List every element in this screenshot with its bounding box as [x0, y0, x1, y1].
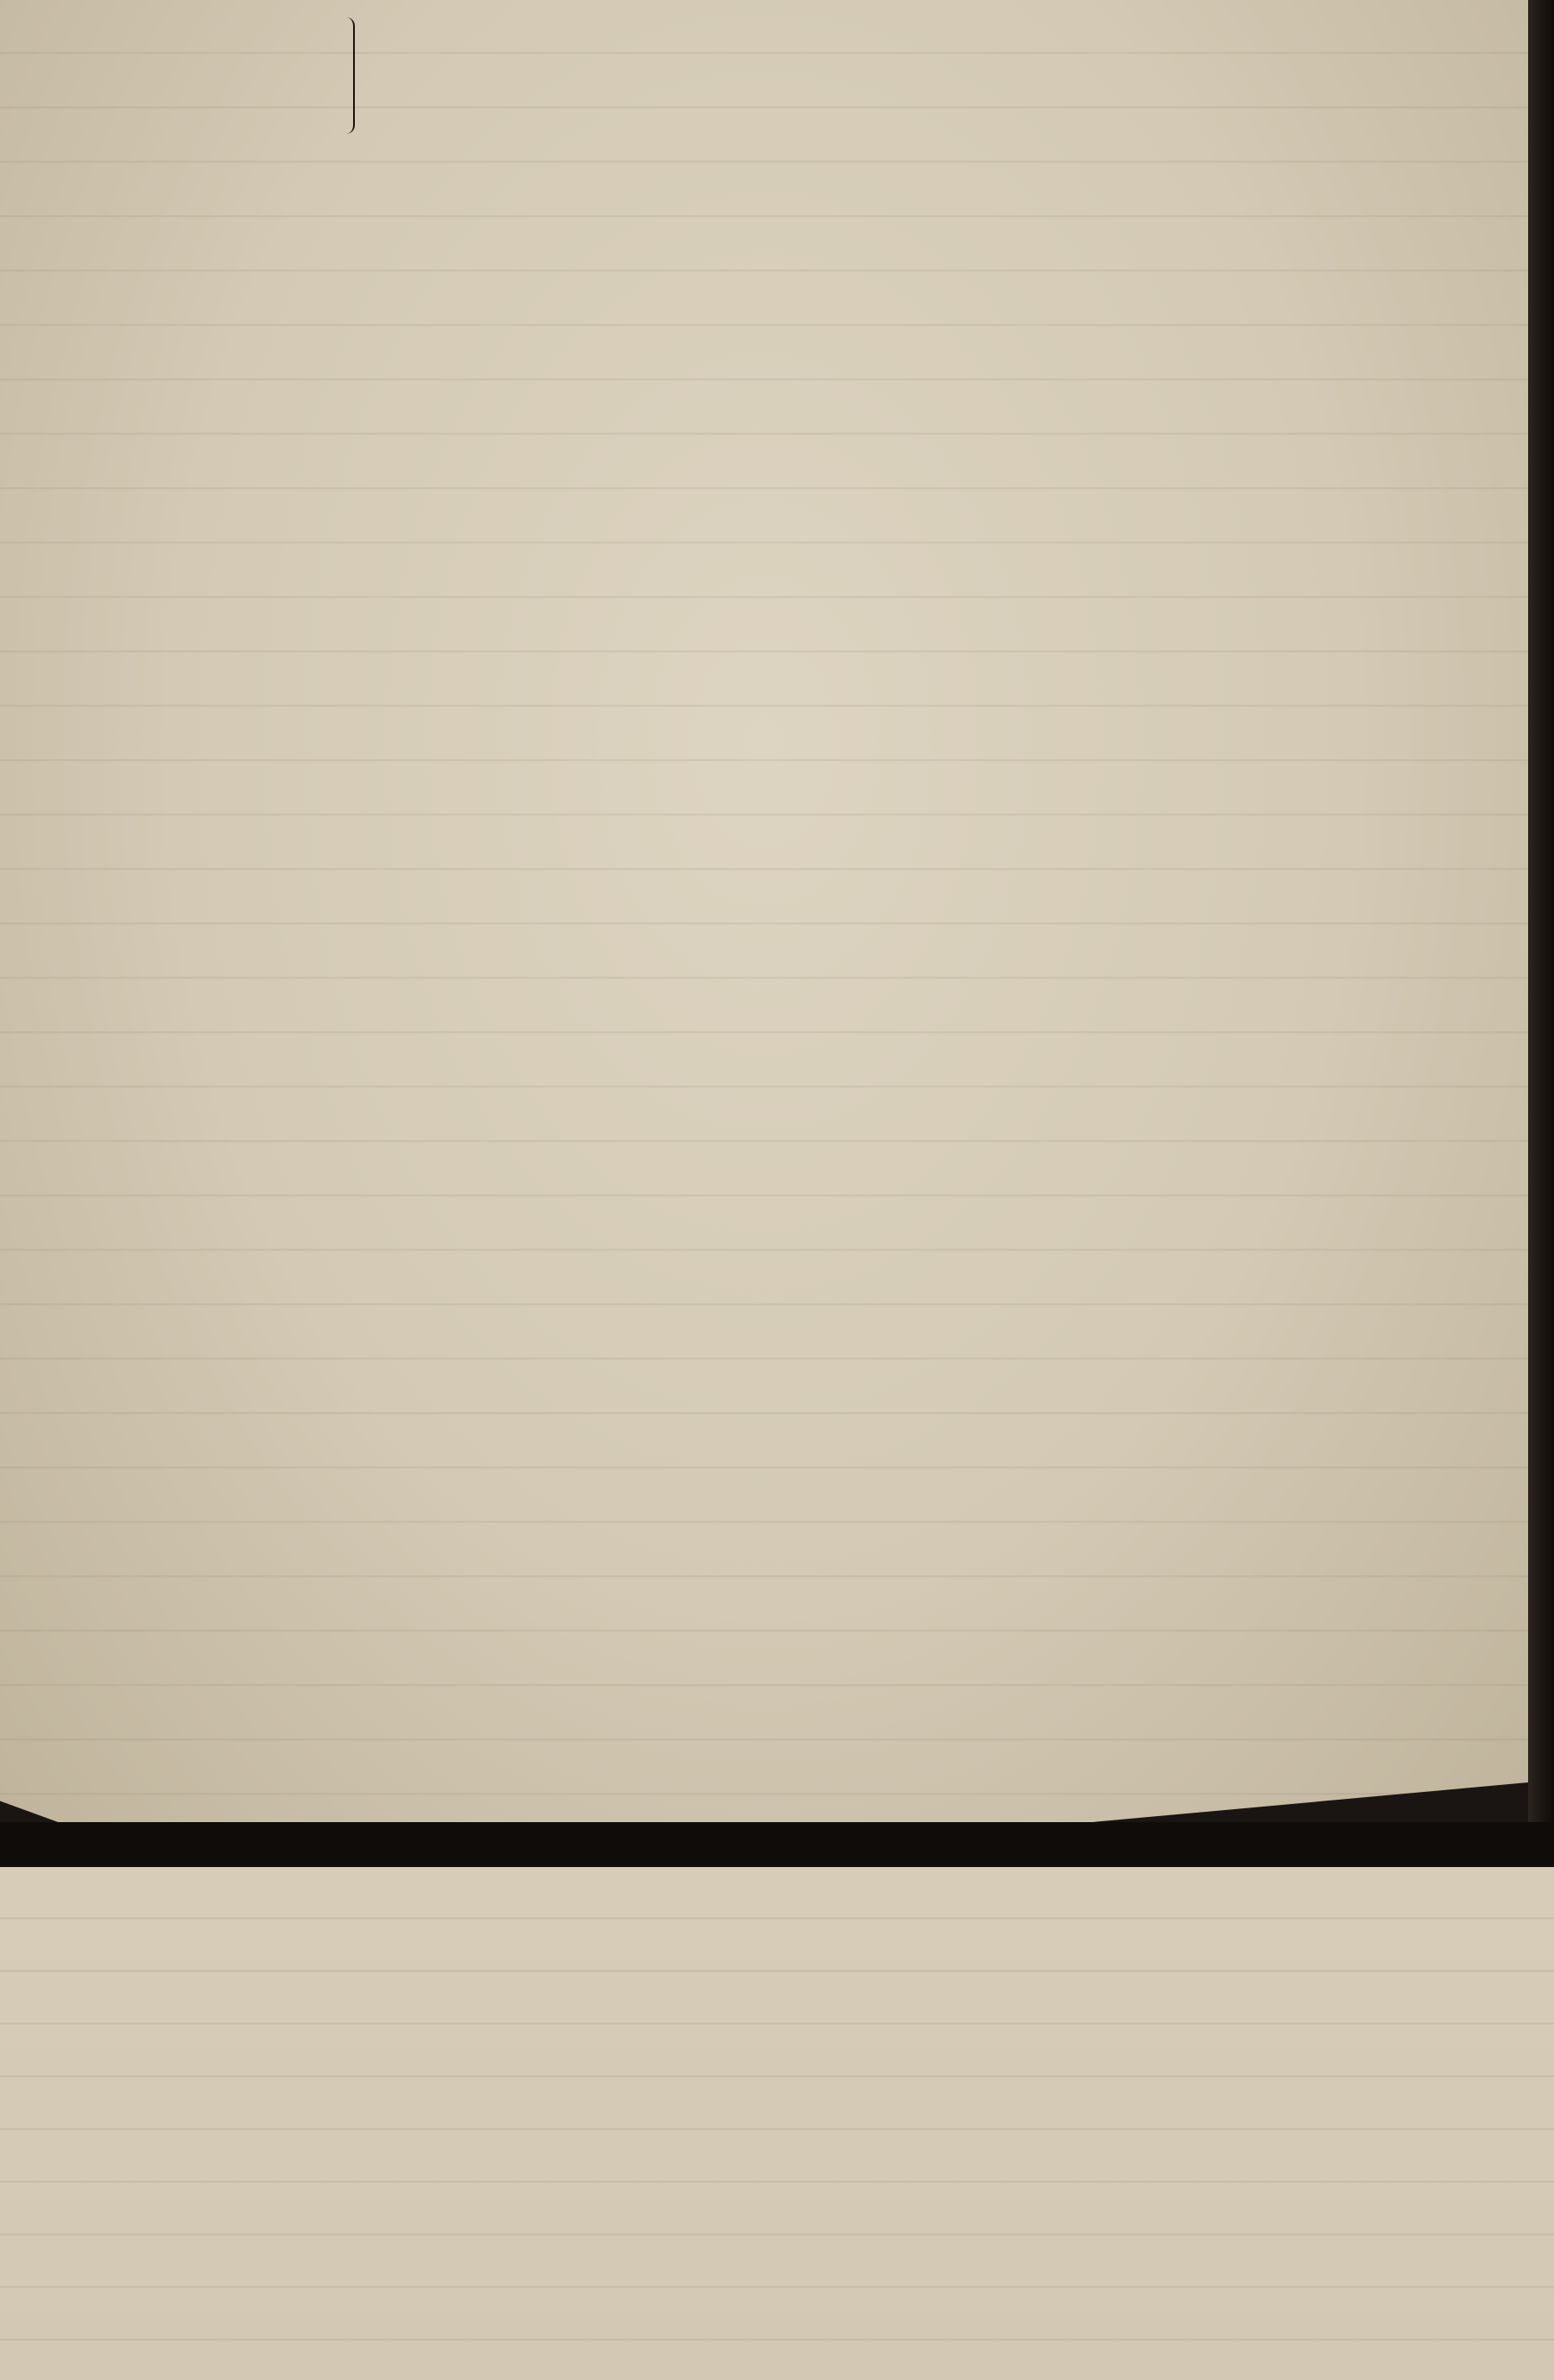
upper-sheet: [0, 0, 1528, 1857]
margin-bracket-icon: [341, 17, 355, 134]
scanned-document: [0, 0, 1554, 2380]
sheet-gap: [0, 1822, 1554, 1867]
page-edge-shadow: [1528, 0, 1554, 1857]
lower-sheet: [0, 1867, 1554, 2380]
